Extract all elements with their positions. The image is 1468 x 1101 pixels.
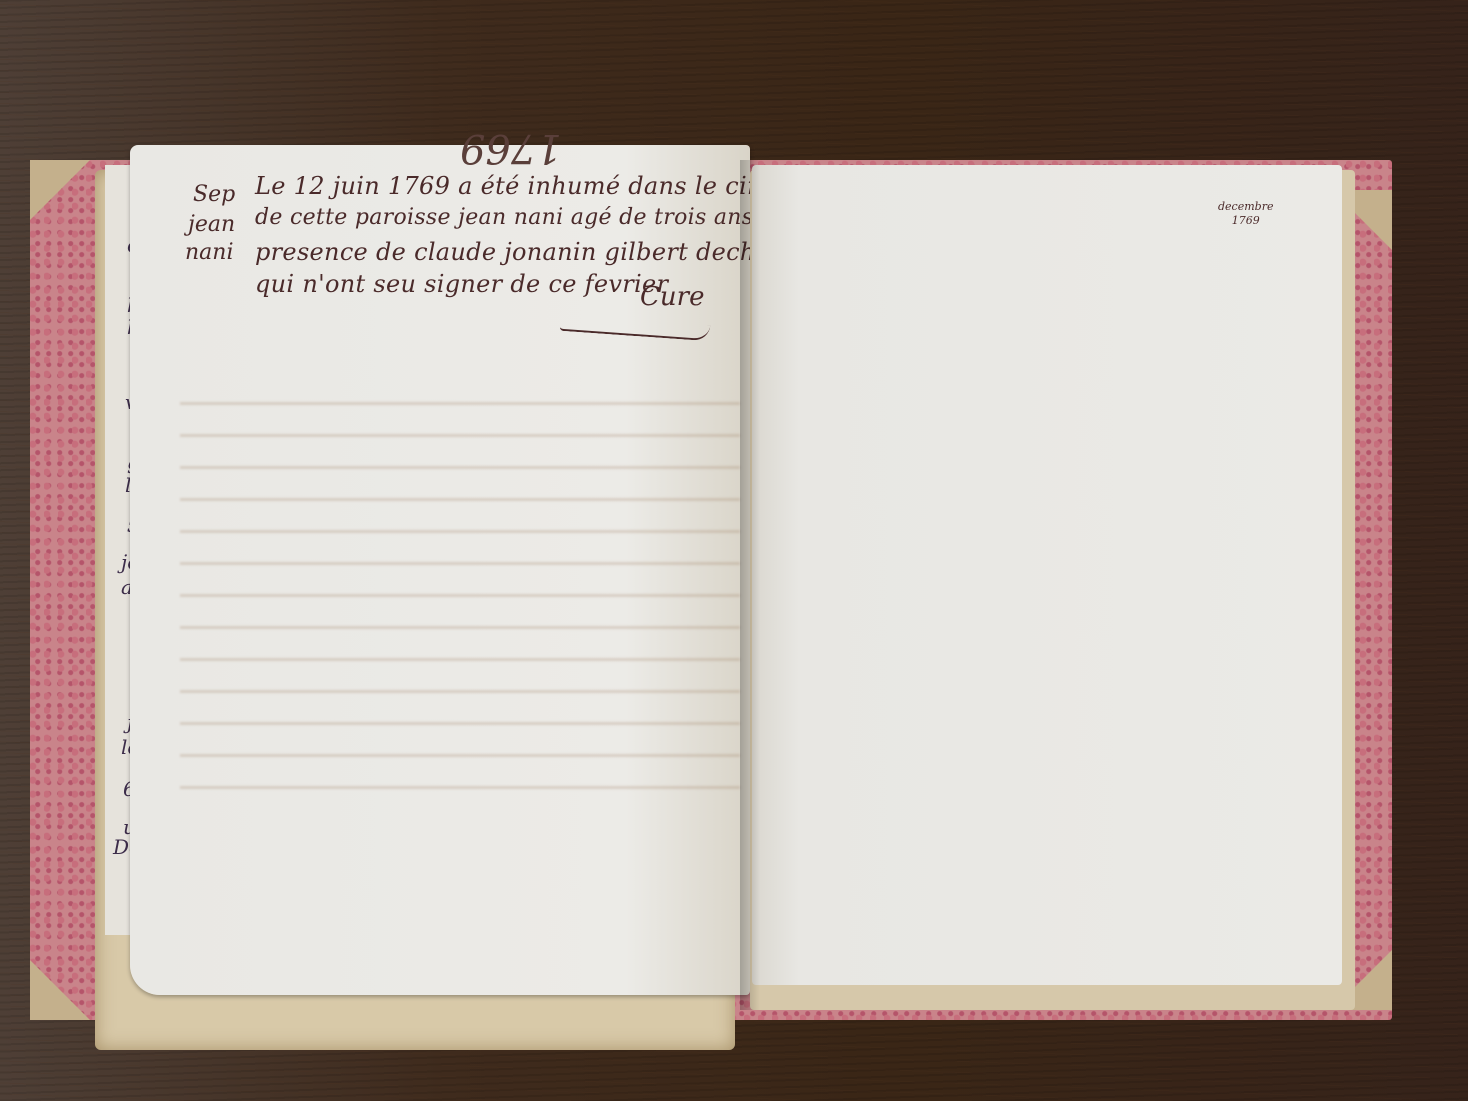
margin-label-first-name: jean bbox=[188, 212, 235, 237]
book-gutter bbox=[740, 160, 760, 1010]
bleed-through-text bbox=[180, 380, 740, 800]
annotation-month: decembre bbox=[1218, 200, 1273, 214]
year-stamp: 1769 bbox=[460, 125, 562, 171]
entry-line: de cette paroisse jean nani agé de trois… bbox=[255, 205, 824, 230]
right-page-annotation: decembre 1769 bbox=[1218, 200, 1273, 228]
entry-line: presence de claude jonanin gilbert decha… bbox=[255, 238, 824, 266]
entry-line: qui n'ont seu signer de ce fevrier bbox=[255, 270, 668, 298]
margin-label-sep: Sep bbox=[193, 182, 235, 207]
margin-label-surname: nani bbox=[185, 240, 234, 265]
priest-signature: Cure bbox=[640, 282, 704, 312]
right-page bbox=[752, 165, 1342, 985]
annotation-year: 1769 bbox=[1218, 214, 1273, 228]
